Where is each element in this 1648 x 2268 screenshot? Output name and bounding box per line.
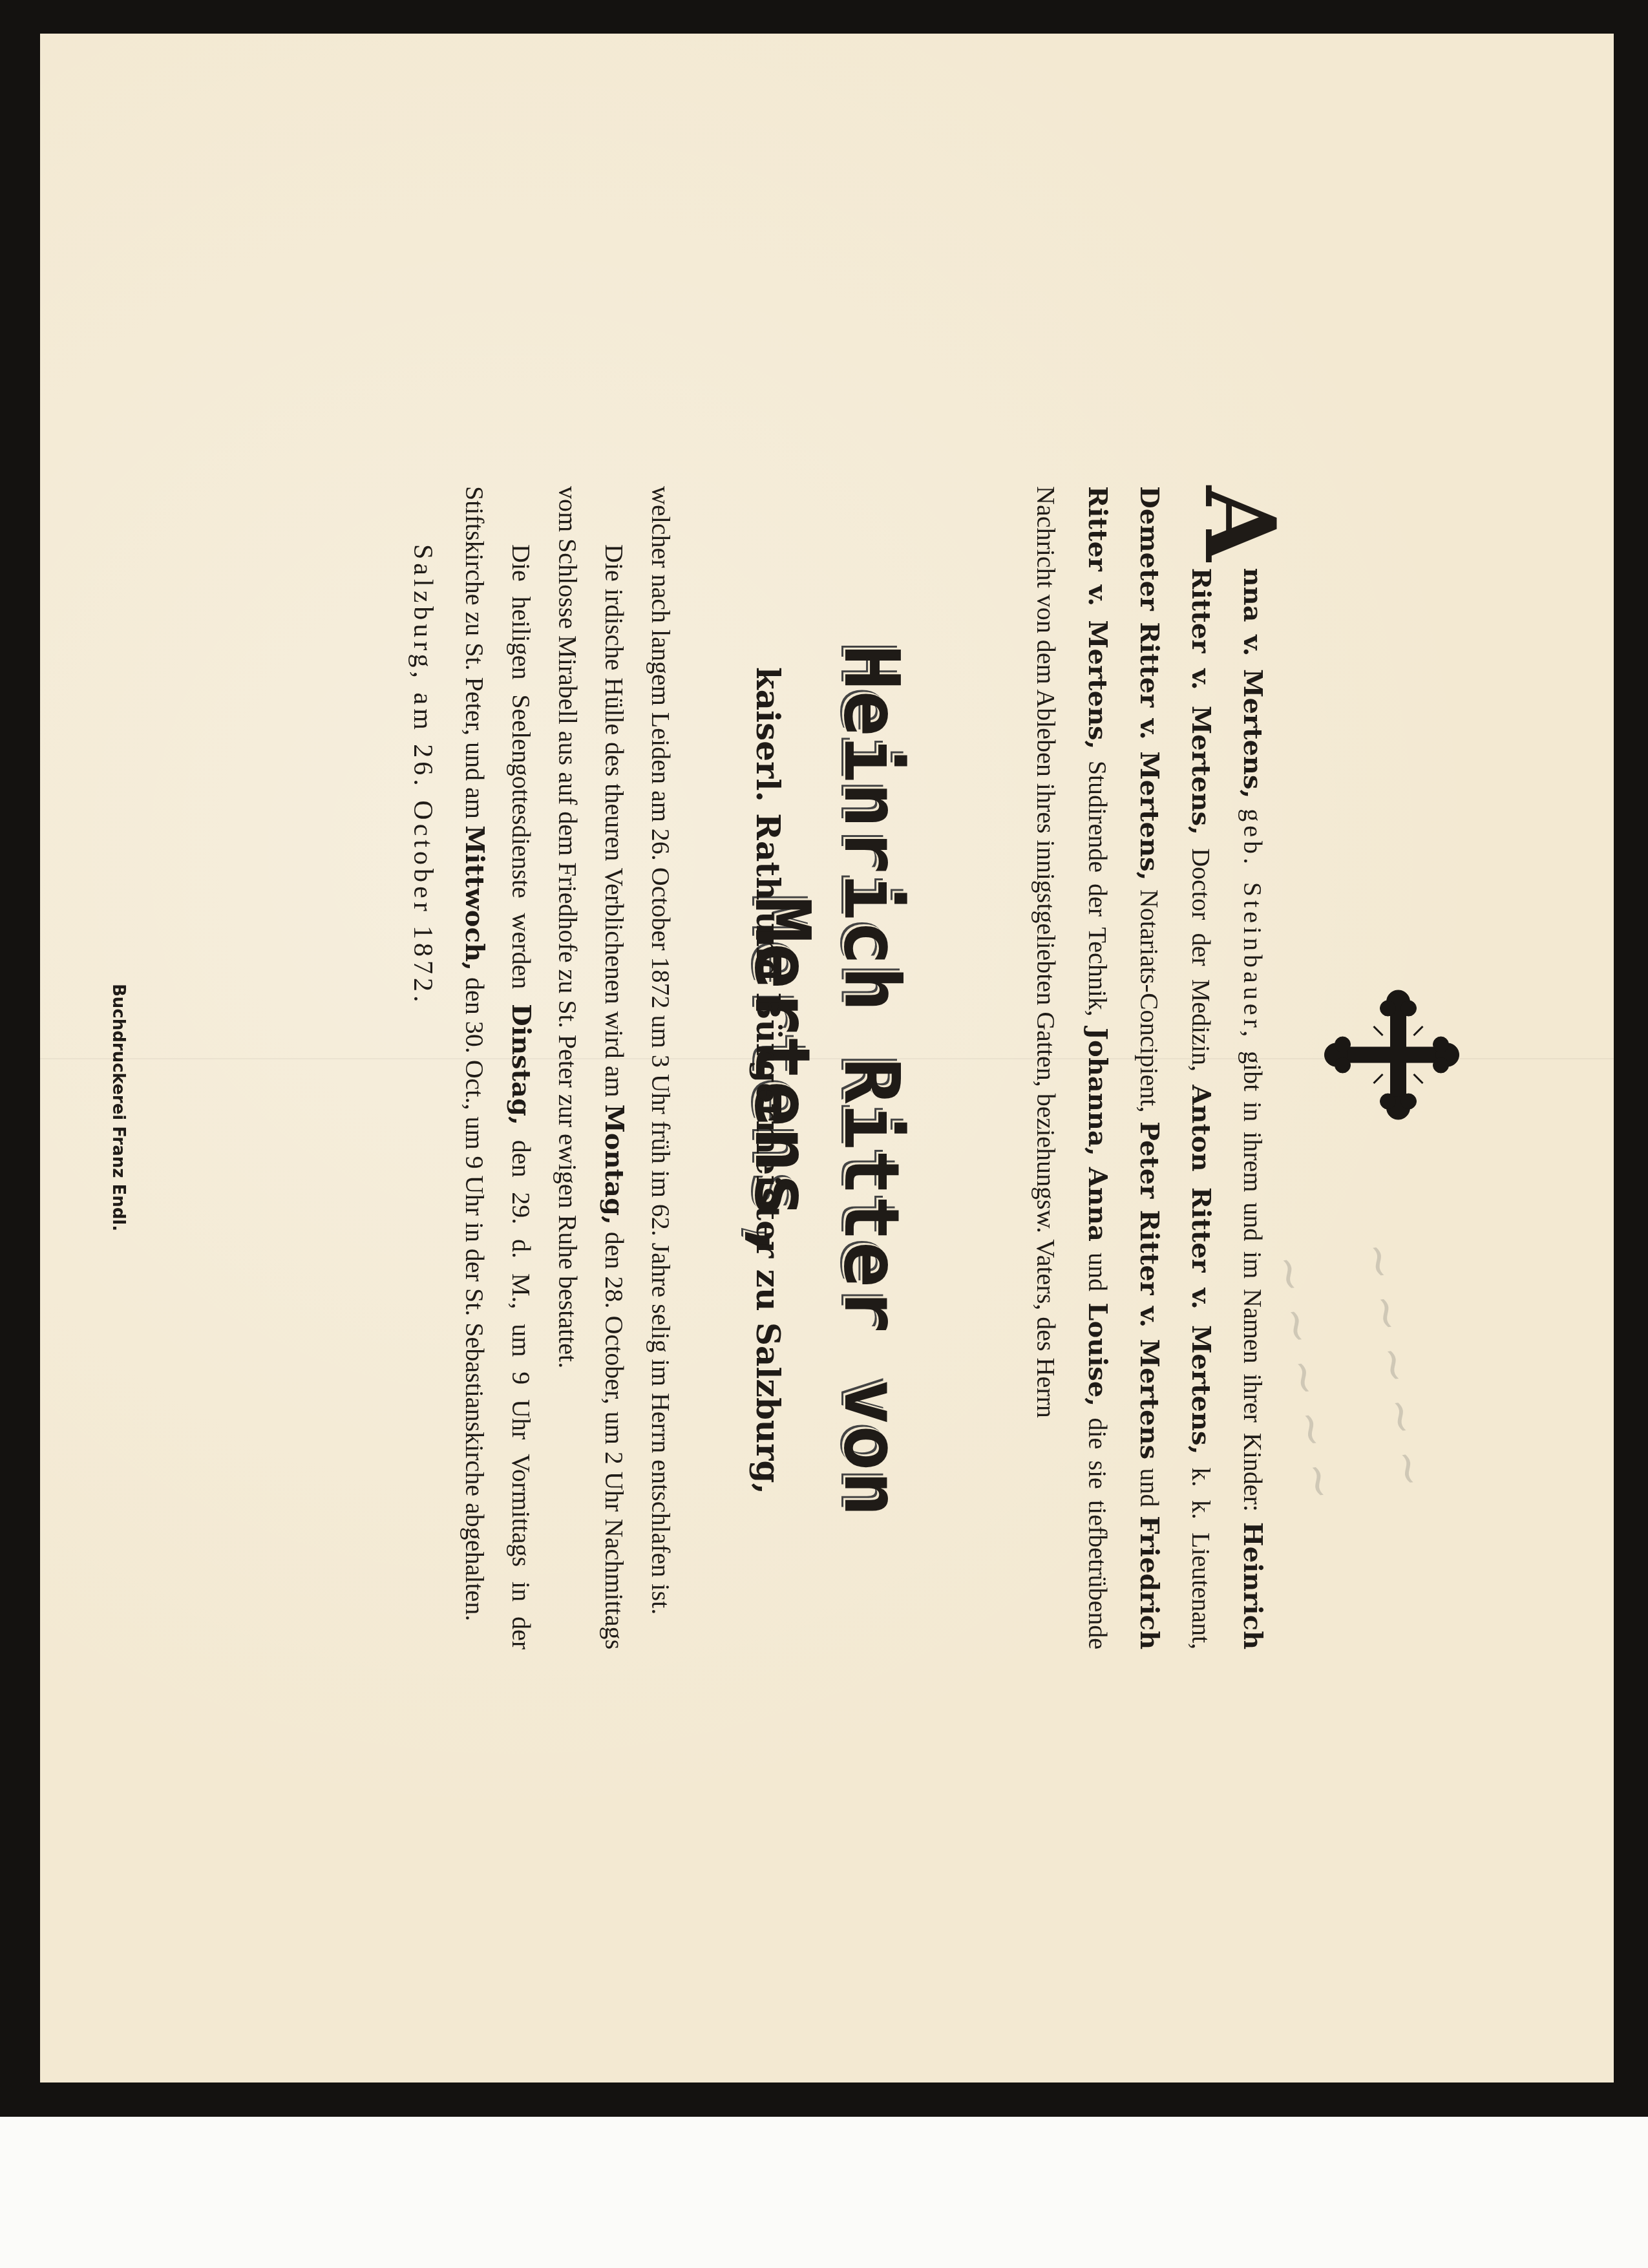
- mass-paragraph: Die heiligen Seelengottesdienste werden …: [450, 486, 544, 1649]
- death-paragraph: welcher nach langem Leiden am 26. Octobe…: [637, 486, 683, 1649]
- mass-day: Mittwoch,: [459, 825, 489, 971]
- mass-text: den 30. Oct., um 9 Uhr in der St. Sebast…: [460, 977, 489, 1621]
- child-name: Demeter Ritter v. Mertens,: [1134, 486, 1164, 880]
- child-desc: Studirende der Technik,: [1083, 761, 1112, 1017]
- rotated-content: ~ ~ ~ ~ ~~ ~ ~ ~ ~ A nna v. Merte: [40, 34, 1614, 2083]
- printer-imprint: Buchdruckerei Franz Endl.: [108, 984, 127, 1231]
- burial-paragraph: Die irdische Hülle des theuren Verbliche…: [544, 486, 637, 1649]
- child-name: Johanna,: [1082, 1028, 1112, 1156]
- deceased-title: kaiserl. Rath und Bürgermeister zu Salzb…: [748, 596, 787, 1565]
- body-text: welcher nach langem Leiden am 26. Octobe…: [450, 486, 683, 1649]
- mass-text: Die heiligen Seelengottesdienste werden: [506, 544, 535, 989]
- child-name: Anton Ritter v. Mertens,: [1185, 1085, 1216, 1454]
- child-name: Louise,: [1082, 1302, 1112, 1406]
- place-and-date: Salzburg, am 26. October 1872.: [407, 544, 438, 1006]
- intro-text: gibt in ihrem und im Namen ihrer Kinder:: [1238, 1051, 1267, 1512]
- widow-maiden-name: geb. Steinbauer,: [1238, 809, 1267, 1041]
- paper-sheet: ~ ~ ~ ~ ~~ ~ ~ ~ ~ A nna v. Merte: [40, 34, 1614, 2083]
- child-name: Anna: [1082, 1167, 1112, 1242]
- widow-name: nna v. Mertens,: [1237, 567, 1267, 798]
- intro-paragraph: A nna v. Mertens, geb. Steinbauer, gibt …: [1019, 486, 1278, 1649]
- conjunction: und: [1134, 1468, 1163, 1507]
- child-name: Peter Ritter v. Mertens: [1134, 1121, 1164, 1459]
- burial-text: Die irdische Hülle des theuren Verbliche…: [599, 544, 628, 1097]
- child-desc: Notariats-Concipient,: [1134, 889, 1163, 1112]
- child-desc: k. k. Lieutenant,: [1186, 1468, 1215, 1649]
- burial-day: Montag,: [598, 1105, 629, 1225]
- conjunction: und: [1083, 1253, 1112, 1291]
- child-desc: Doctor der Medizin,: [1186, 848, 1215, 1072]
- mass-day: Dinstag,: [505, 1004, 536, 1125]
- cross-icon: [1323, 984, 1465, 1126]
- drop-cap: A: [1200, 486, 1278, 561]
